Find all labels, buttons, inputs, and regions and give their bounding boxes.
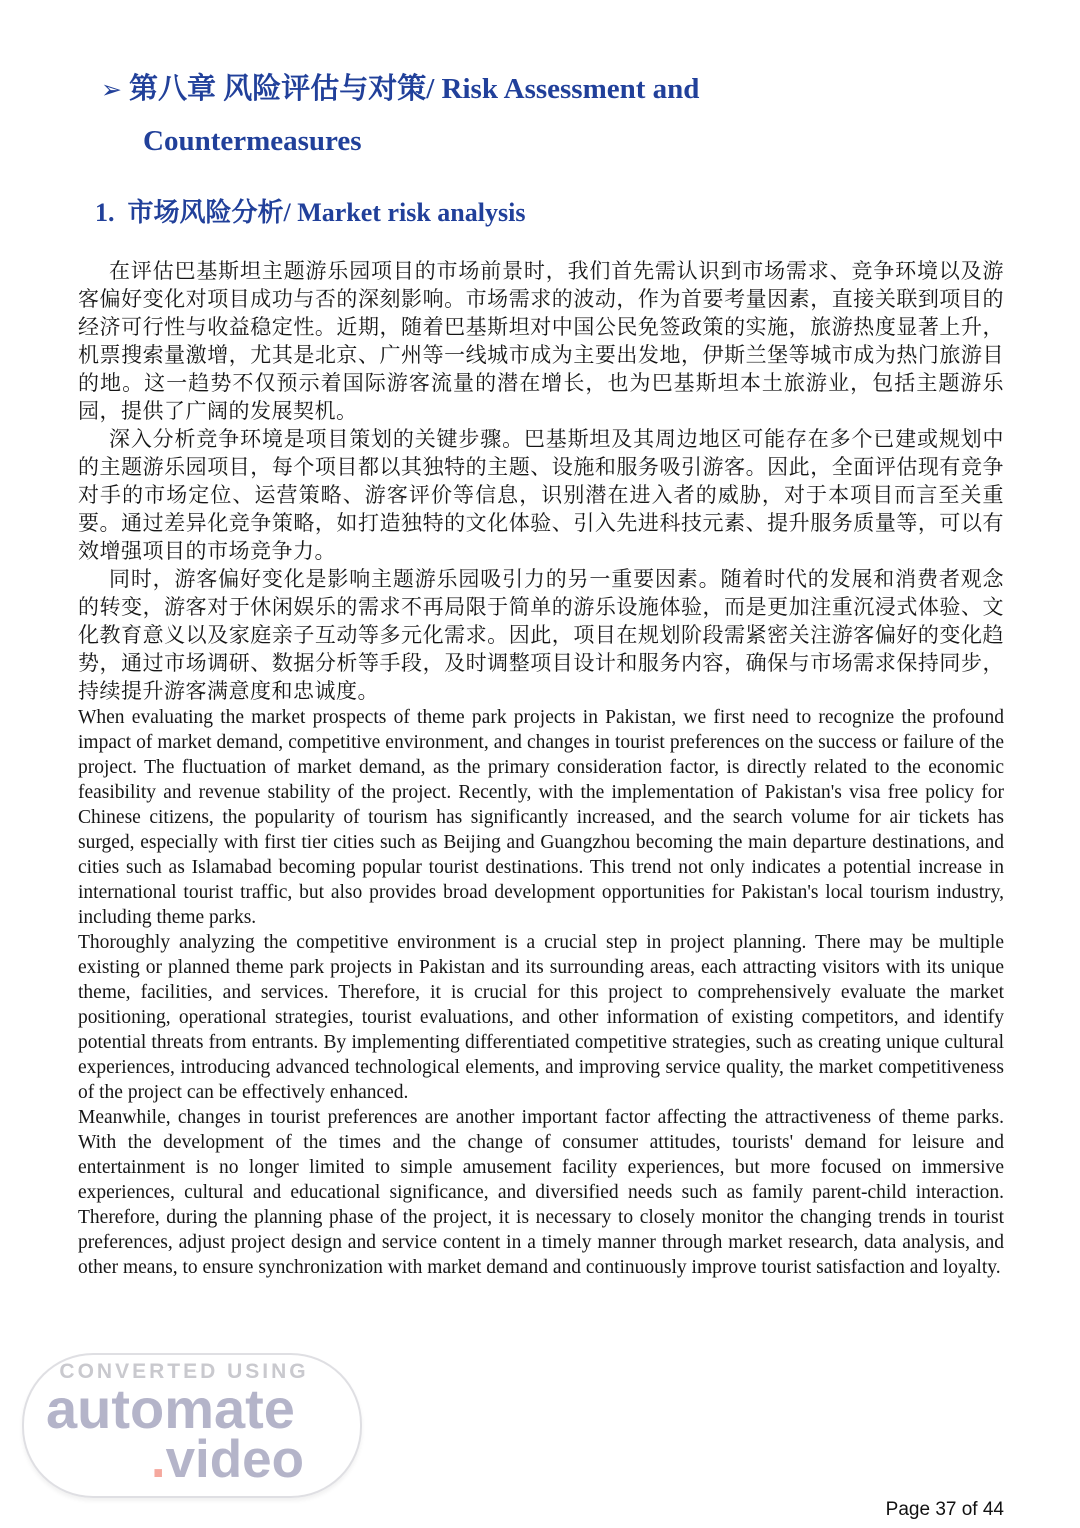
watermark-dot: . xyxy=(151,1430,166,1489)
section-heading: 1.市场风险分析/ Market risk analysis xyxy=(78,196,1004,230)
paragraph-zh-3: 同时，游客偏好变化是影响主题游乐园吸引力的另一重要因素。随着时代的发展和消费者观… xyxy=(78,565,1004,705)
chapter-heading-text: 第八章 风险评估与对策/ Risk Assessment and xyxy=(129,64,699,114)
section-title: 市场风险分析/ Market risk analysis xyxy=(128,198,526,227)
arrow-bullet-icon: ➢ xyxy=(101,66,129,116)
chapter-heading: ➢ 第八章 风险评估与对策/ Risk Assessment and Count… xyxy=(78,64,1004,166)
watermark-brand-video: .video xyxy=(151,1429,304,1490)
watermark-video-text: video xyxy=(166,1430,304,1489)
section-number: 1. xyxy=(95,198,115,227)
chapter-heading-line2: Countermeasures xyxy=(143,116,1004,166)
paragraph-zh-2: 深入分析竞争环境是项目策划的关键步骤。巴基斯坦及其周边地区可能存在多个已建或规划… xyxy=(78,425,1004,565)
document-page: ➢ 第八章 风险评估与对策/ Risk Assessment and Count… xyxy=(0,0,1080,1528)
automate-video-watermark: CONVERTED USING automate .video xyxy=(22,1353,362,1498)
page-content: ➢ 第八章 风险评估与对策/ Risk Assessment and Count… xyxy=(78,64,1004,1280)
paragraph-zh-1: 在评估巴基斯坦主题游乐园项目的市场前景时，我们首先需认识到市场需求、竞争环境以及… xyxy=(78,257,1004,425)
chapter-heading-line1: ➢ 第八章 风险评估与对策/ Risk Assessment and xyxy=(78,64,1004,116)
paragraph-en-2: Thoroughly analyzing the competitive env… xyxy=(78,930,1004,1105)
english-body: When evaluating the market prospects of … xyxy=(78,705,1004,1280)
chinese-body: 在评估巴基斯坦主题游乐园项目的市场前景时，我们首先需认识到市场需求、竞争环境以及… xyxy=(78,257,1004,705)
page-number: Page 37 of 44 xyxy=(886,1499,1004,1521)
paragraph-en-3: Meanwhile, changes in tourist preference… xyxy=(78,1105,1004,1280)
paragraph-en-1: When evaluating the market prospects of … xyxy=(78,705,1004,930)
